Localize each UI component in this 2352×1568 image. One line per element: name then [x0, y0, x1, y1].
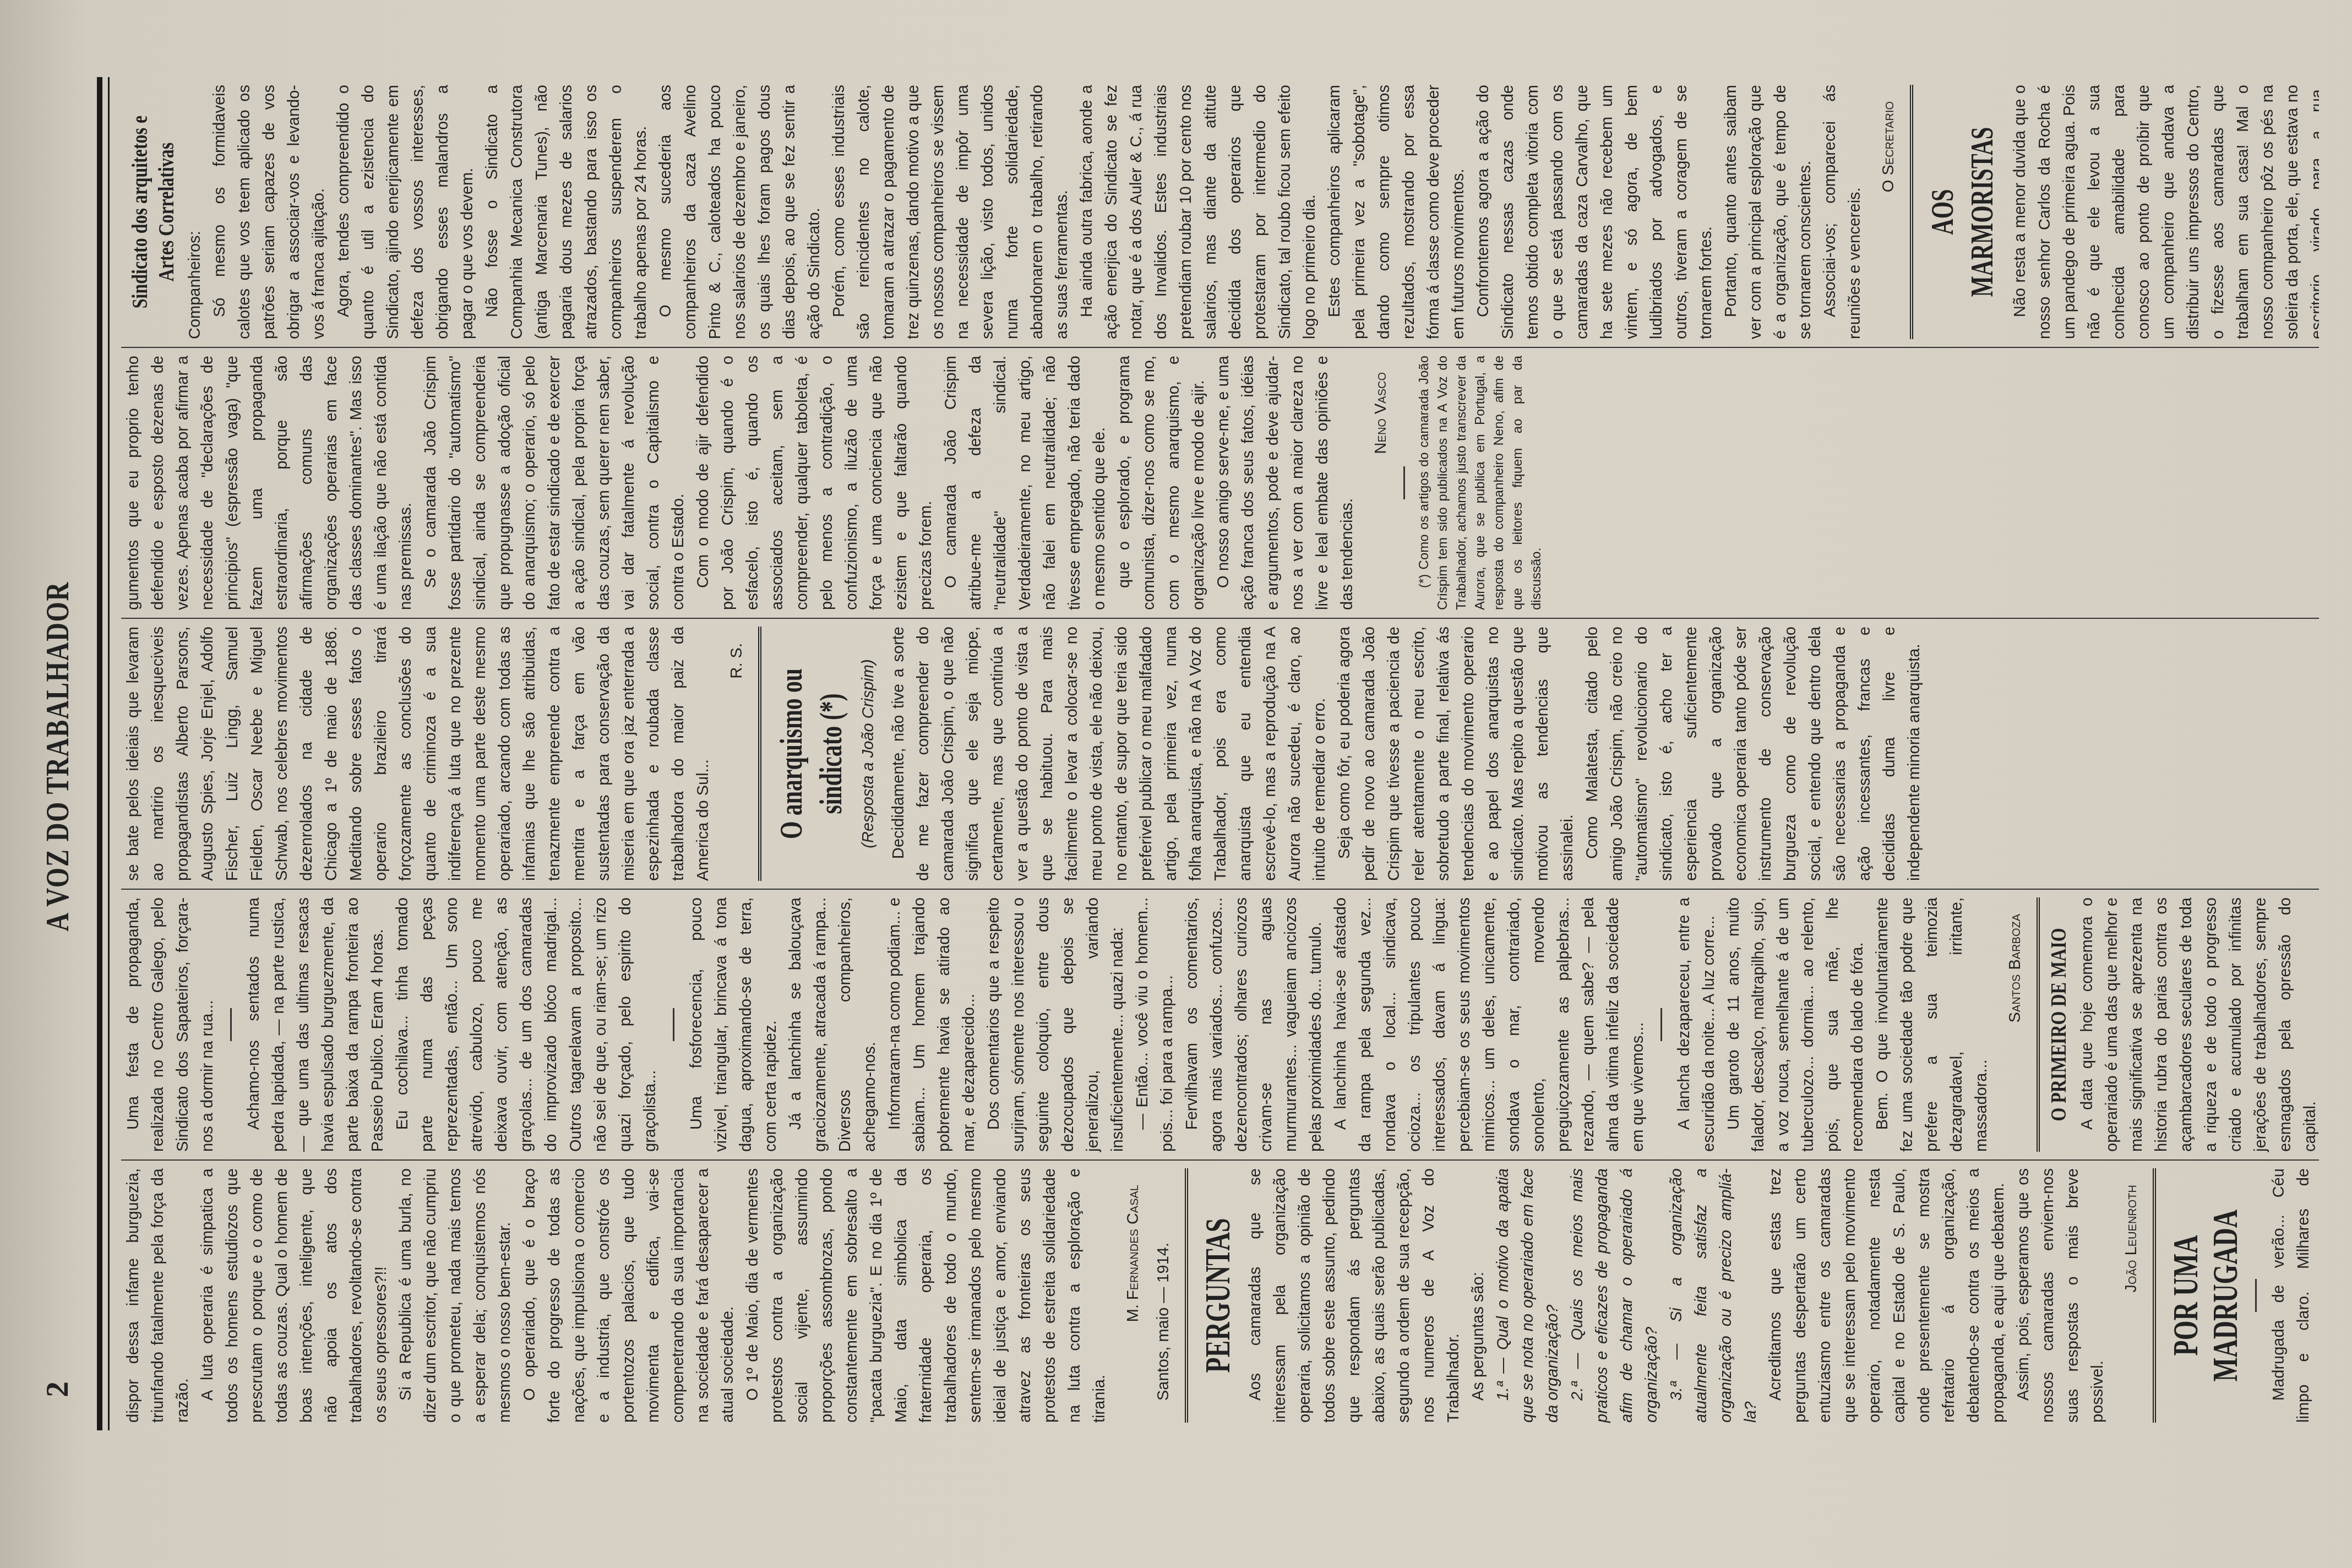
paragraph: Aos camaradas que se interessam pela org… [1243, 1168, 1466, 1423]
column-2: Uma festa de propaganda, realizada no Ce… [121, 889, 2319, 1159]
footnote: (*) Como os artigos do camarada João Cri… [1415, 356, 1546, 610]
paragraph: que o esplorado, e programa comunista, d… [1112, 356, 1211, 610]
paragraph: A lanchinha havia-se afastado da rampa p… [1329, 897, 1651, 1152]
paragraph: Seja como fôr, eu poderia agora pedir de… [1332, 627, 1580, 881]
paragraph: dispor dessa infame burguezia, triunfand… [121, 1168, 195, 1423]
salutation: Companheiros: [183, 85, 208, 339]
signature: Santos Barboza [2003, 914, 2028, 1152]
headline: O PRIMEIRO DE MAIO [2045, 923, 2072, 1126]
paragraph: 2.ª — Quais os meios mais praticos e efi… [1565, 1168, 1664, 1423]
divider [1403, 466, 1405, 499]
headline: POR UMA MADRUGADA [2166, 1204, 2245, 1387]
paragraph: Porém, como esses industriais são reinci… [827, 85, 1075, 339]
section-rule [1910, 85, 1913, 339]
article-madrugada: POR UMA MADRUGADA Madrugada de verão... … [2166, 1168, 2319, 1423]
columns: dispor dessa infame burguezia, triunfand… [121, 77, 2319, 1430]
signature: O Secretario [1876, 101, 1901, 339]
masthead: 2 A VOZ DO TRABALHADOR [33, 83, 94, 1430]
paragraph: 3.ª — Si a organização atualmente feita … [1664, 1168, 1763, 1423]
paragraph: Como Malatesta, citado pelo amigo João C… [1580, 627, 1927, 881]
paragraph: Só mesmo os formidaveis calotes que vos … [208, 85, 331, 339]
article-festa: Uma festa de propaganda, realizada no Ce… [121, 897, 2028, 1152]
paragraph: Estes companheiros aplicaram pela primei… [1322, 85, 1471, 339]
column-3: se bate pelos ideiais que levaram ao mar… [121, 618, 2319, 889]
section-rule [2037, 897, 2040, 1152]
headline: AOS MARMORISTAS [1923, 121, 2002, 304]
paragraph: Se o camarada João Crispim fosse partida… [418, 356, 691, 610]
paragraph: Decididamente, não tive a sorte de me fa… [886, 627, 1332, 881]
article-crispim: gumentos que eu proprio tenho defendido … [121, 356, 1112, 610]
paragraph: A data que hoje comemora o operariado é … [2075, 897, 2319, 1152]
paragraph: As perguntas são: [1466, 1168, 1491, 1423]
article-nucleo: que o esplorado, e programa comunista, d… [1112, 356, 1546, 610]
section-rule [758, 627, 761, 881]
paragraph: Um garoto de 11 anos, muito falador, des… [1722, 897, 1870, 1152]
paragraph: Uma fosforecencia, pouco vizivel, triang… [684, 897, 783, 1152]
newspaper-title: A VOZ DO TRABALHADOR [39, 231, 77, 1282]
dateline: Santos, maio — 1914. [1151, 1168, 1176, 1423]
paragraph: Portanto, quanto antes saibam ver com a … [1719, 85, 1818, 339]
column-4: gumentos que eu proprio tenho defendido … [121, 347, 2319, 618]
paragraph: Acreditamos que estas trez perguntas des… [1763, 1168, 2011, 1423]
paragraph: O mesmo sucederia aos companheiros da ca… [654, 85, 827, 339]
paragraph: 1.ª — Qual o motivo da apatia que se not… [1491, 1168, 1565, 1423]
signature: M. Fernandes Casal [1121, 1185, 1146, 1423]
article-sindicato-artes: Sindicato dos arquitetos e Artes Correla… [127, 85, 1901, 339]
paragraph: Informaram-na como podiam... e sabiam...… [883, 897, 982, 1152]
article-primeiro-maio: O PRIMEIRO DE MAIO A data que hoje comem… [2045, 897, 2319, 1152]
page-number: 2 [39, 1381, 75, 1397]
masthead-rule-thin [108, 77, 110, 1430]
article-perguntas: PERGUNTAS Aos camaradas que se interessa… [1198, 1168, 2144, 1423]
paragraph: O operariado, que é o braço forte do pro… [518, 1168, 741, 1423]
paragraph: Madrugada de verão... Céu limpo e claro.… [2267, 1168, 2319, 1423]
newspaper-page: 2 A VOZ DO TRABALHADOR dispor dessa infa… [0, 0, 2352, 1568]
paragraph: — Então... você viu o homem... pois... f… [1130, 897, 1180, 1152]
paragraph: Associai-vos; comparecei ás reuniões e v… [1818, 85, 1868, 339]
signature: Neno Vasco [1369, 372, 1393, 610]
paragraph: Com o modo de ajir defendido por João Cr… [691, 356, 939, 610]
paragraph: Confrontemos agora a ação do Sindicato n… [1471, 85, 1719, 339]
paragraph: Fervilhavam os comentarios, agora mais v… [1180, 897, 1329, 1152]
paragraph: Agora, tendes compreendido o quanto é ut… [331, 85, 480, 339]
column-1: dispor dessa infame burguezia, triunfand… [121, 1159, 2319, 1430]
paragraph: Assim, pois, esperamos que os nossos cam… [2011, 1168, 2110, 1423]
paragraph: Não resta a menor duvida que o nosso sen… [2008, 85, 2319, 339]
paragraph: Uma festa de propaganda, realizada no Ce… [121, 897, 220, 1152]
paragraph: O nosso amigo serve-me, e uma ação franc… [1211, 356, 1360, 610]
section-rule [2153, 1168, 2156, 1423]
article-anarquismo: O anarquismo ou sindicato (*) (Resposta … [771, 627, 1927, 881]
paragraph: Bem. O que involuntariamente fez uma soc… [1870, 897, 1994, 1152]
paragraph: O 1º de Maio, dia de vermentes protestos… [741, 1168, 1112, 1423]
signature: R. S. [725, 643, 749, 881]
headline: O anarquismo ou sindicato (*) [771, 662, 851, 846]
paragraph: Ha ainda outra fabrica, aonde a ação ene… [1075, 85, 1322, 339]
subtitle: (Resposta a João Crispim) [856, 627, 881, 881]
signature: João Leuenroth [2119, 1185, 2144, 1423]
column-5: Sindicato dos arquitetos e Artes Correla… [121, 77, 2319, 347]
paragraph: Dos comentarios que a respeito surjiram,… [982, 897, 1130, 1152]
article-haymarket: se bate pelos ideiais que levaram ao mar… [121, 627, 749, 881]
paragraph: se bate pelos ideiais que levaram ao mar… [121, 627, 716, 881]
article-opening: dispor dessa infame burguezia, triunfand… [121, 1168, 1176, 1423]
paragraph: Não fosse o Sindicato a Companhia Mecani… [480, 85, 654, 339]
paragraph: Eu cochilava... tinha tomado parte numa … [390, 897, 663, 1152]
divider [230, 1008, 232, 1041]
paragraph: A luta operaria é simpatica a todos os h… [195, 1168, 394, 1423]
divider [2255, 1279, 2257, 1312]
paragraph: Si a Republica é uma burla, no dizer dum… [394, 1168, 518, 1423]
headline: PERGUNTAS [1198, 1204, 1238, 1387]
headline: Sindicato dos arquitetos e Artes Correla… [127, 110, 179, 314]
section-rule [1185, 1168, 1188, 1423]
divider [673, 1008, 674, 1041]
article-marmoristas: AOS MARMORISTAS Não resta a menor duvida… [1923, 85, 2319, 339]
divider [1660, 1008, 1662, 1041]
paragraph: O camarada João Crispim atribue-me a def… [939, 356, 1112, 610]
paragraph: A lancha dezapareceu, entre a escuridão … [1672, 897, 1722, 1152]
paragraph: Achamo-nos sentados numa pedra lapidada,… [242, 897, 390, 1152]
masthead-rule [97, 77, 102, 1430]
paragraph: gumentos que eu proprio tenho defendido … [121, 356, 418, 610]
paragraph: Já a lanchinha se balouçava graciozament… [783, 897, 883, 1152]
